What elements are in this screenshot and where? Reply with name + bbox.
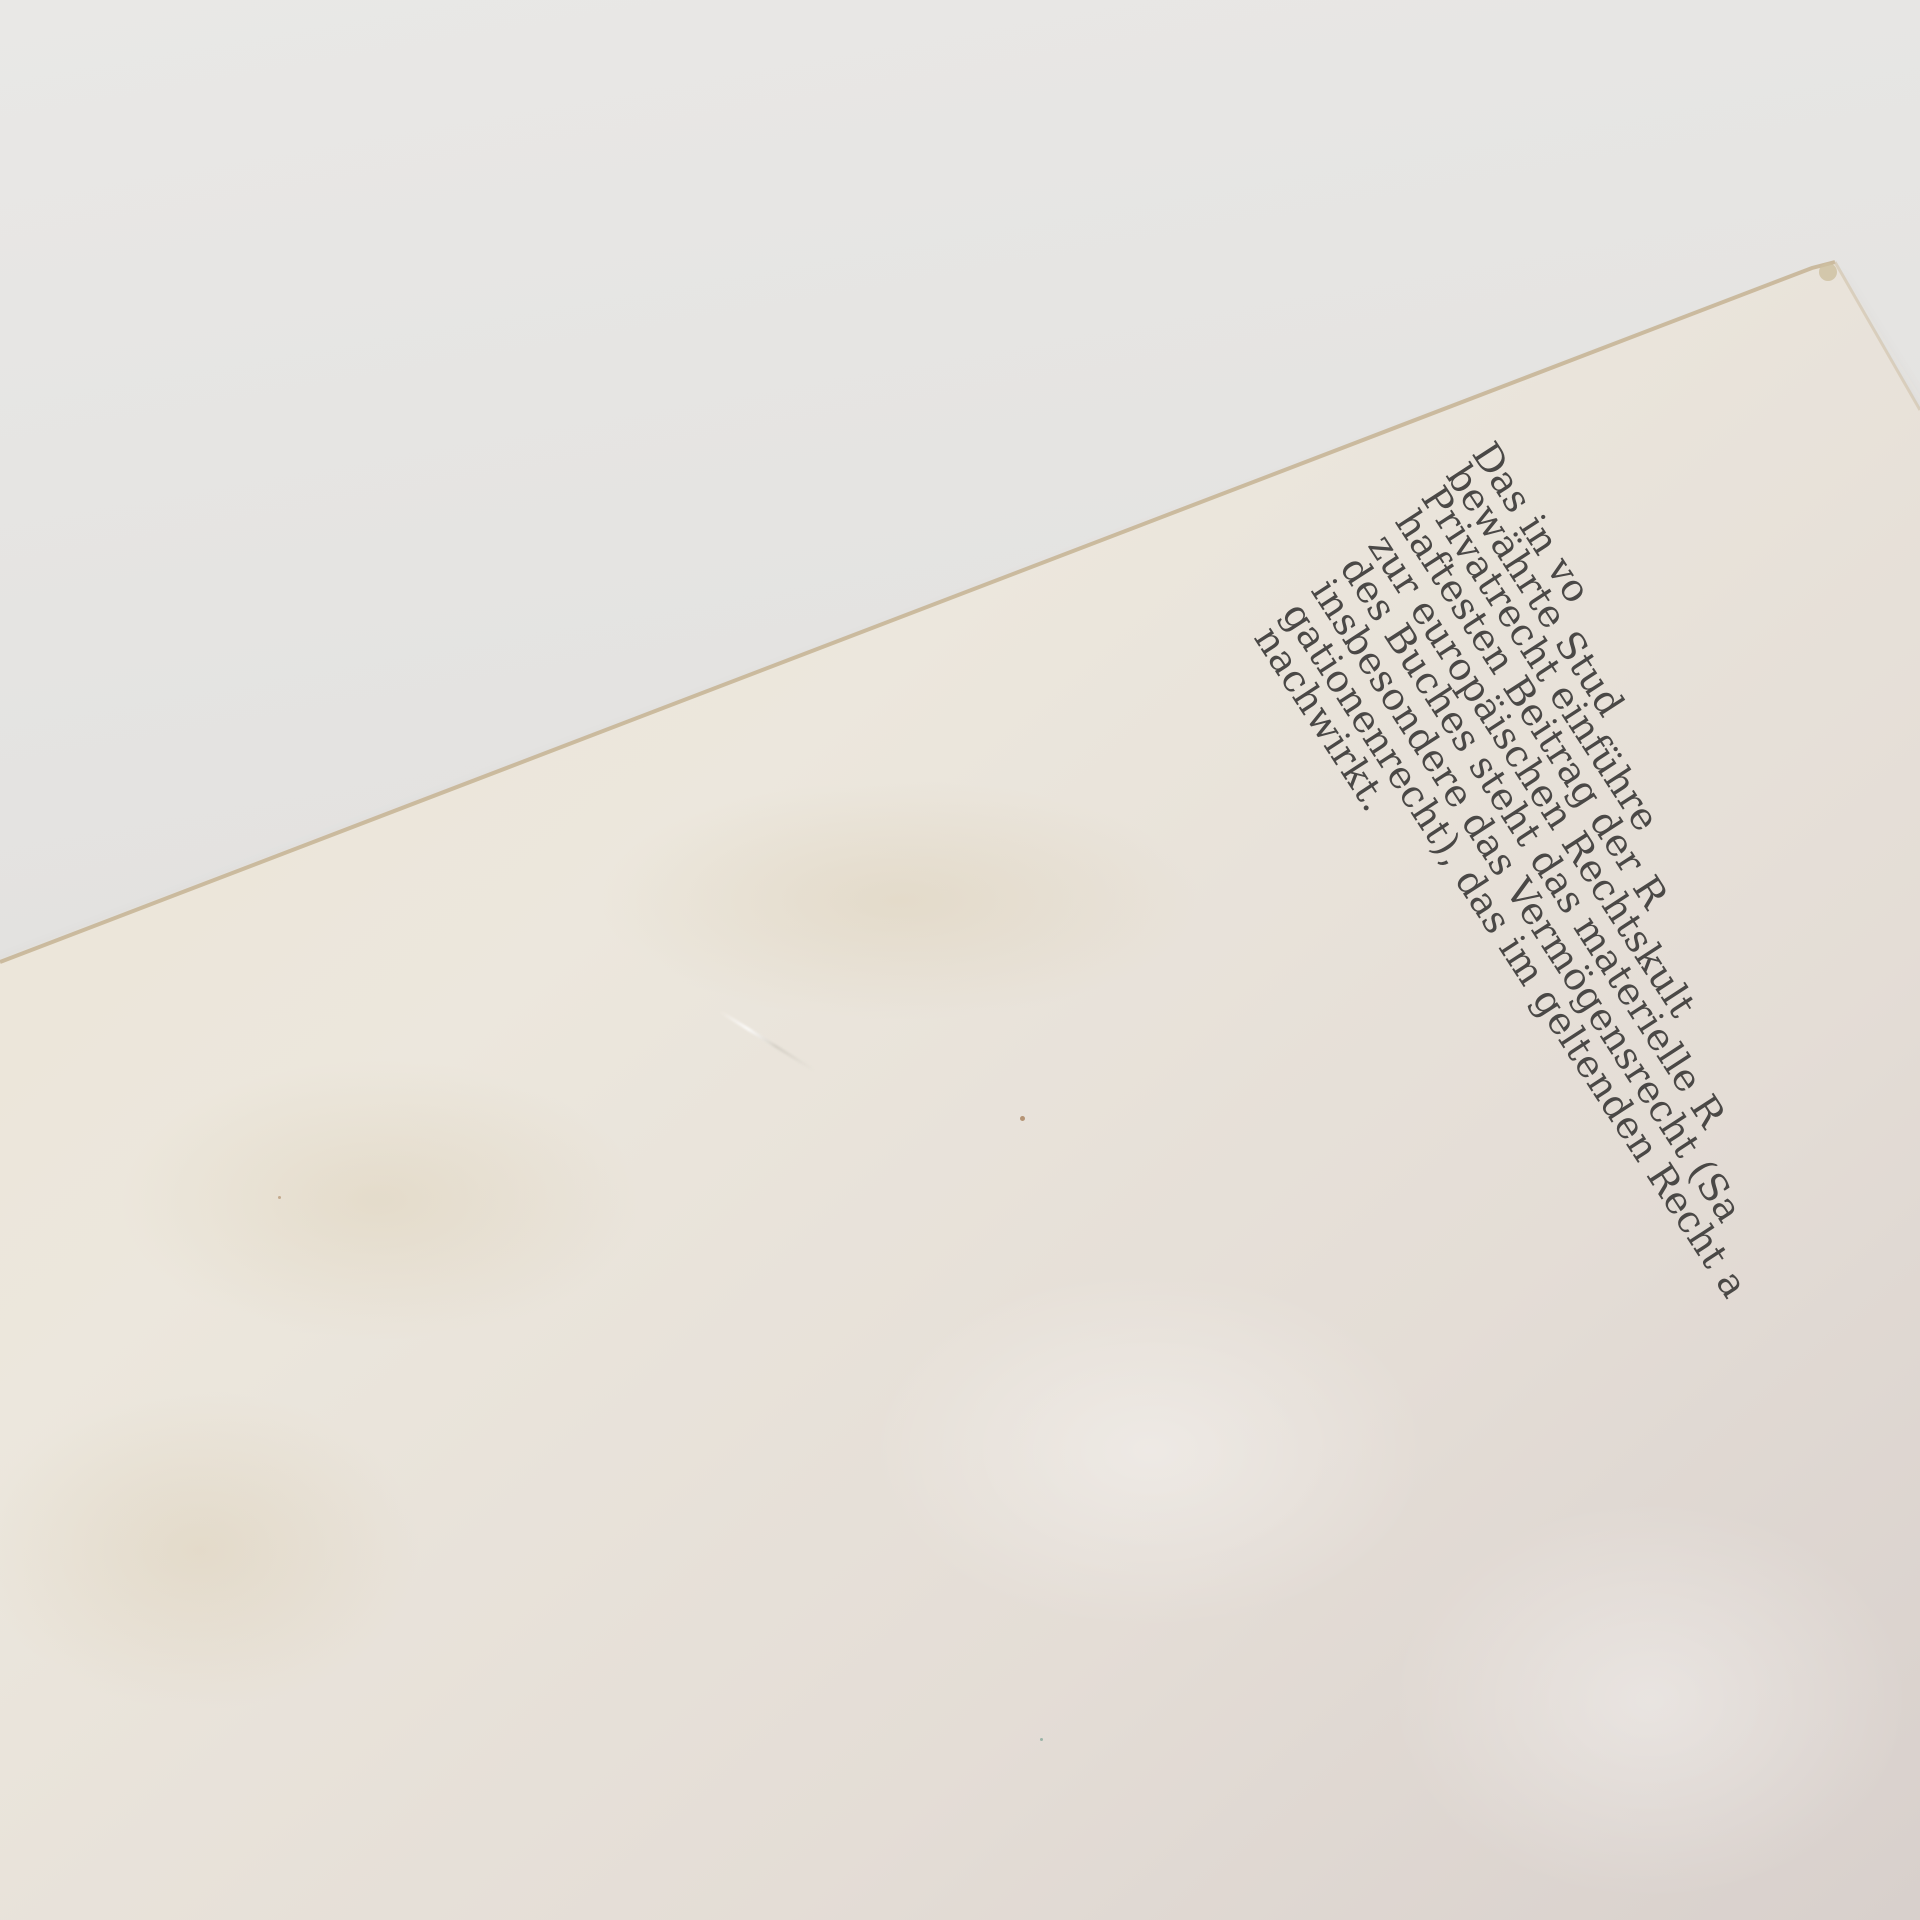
cover-speck [278,1196,281,1199]
cover-speck [1040,1738,1043,1741]
photo-scene: Das in vo bewährte Stud Privatrecht einf… [0,0,1920,1920]
cover-speck [1020,1116,1025,1121]
